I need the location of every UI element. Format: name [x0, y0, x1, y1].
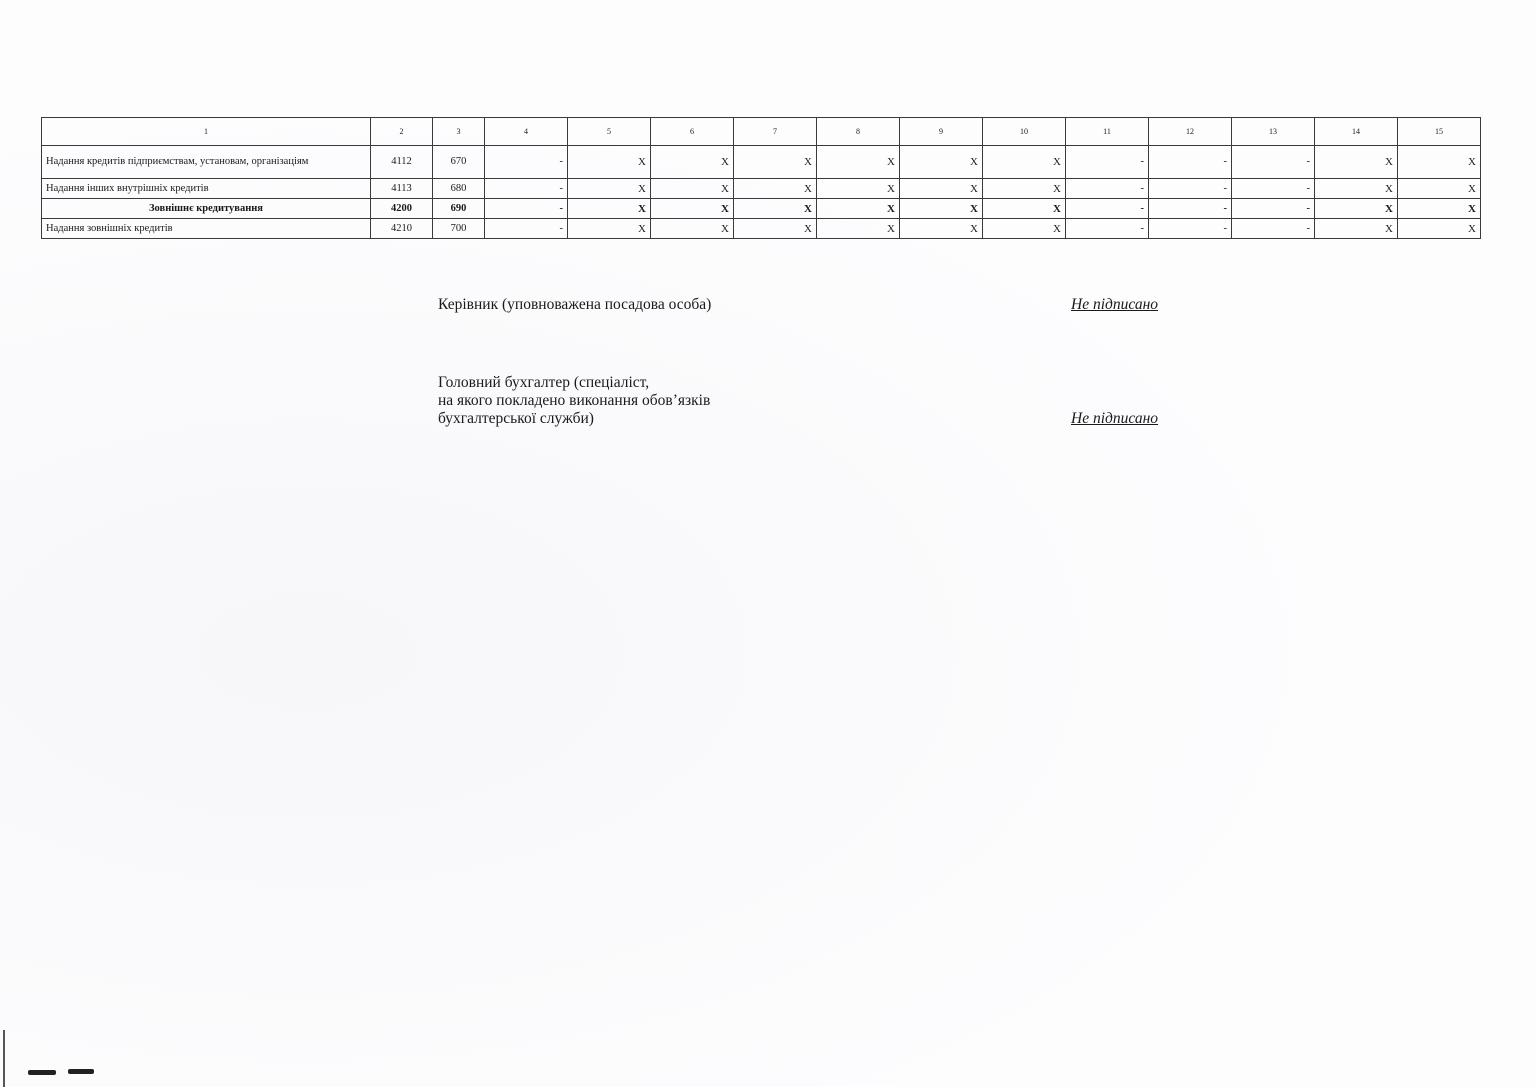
row-value-cell: X: [1398, 179, 1481, 199]
row-code-cell: 4210: [371, 219, 433, 239]
row-value-cell: X: [1315, 146, 1398, 179]
column-number-cell: 10: [983, 118, 1066, 146]
row-value-cell: X: [734, 219, 817, 239]
row-value-cell: -: [1232, 199, 1315, 219]
row-value-cell: -: [1149, 199, 1232, 219]
table-row: Надання кредитів підприємствам, установа…: [42, 146, 1481, 179]
row-value-cell: -: [1232, 179, 1315, 199]
row-value-cell: X: [651, 199, 734, 219]
row-line-cell: 690: [433, 199, 485, 219]
row-value-cell: X: [983, 219, 1066, 239]
column-number-cell: 15: [1398, 118, 1481, 146]
column-number-cell: 13: [1232, 118, 1315, 146]
scan-edge-line: [3, 1030, 5, 1087]
column-number-cell: 5: [568, 118, 651, 146]
row-value-cell: X: [651, 146, 734, 179]
credit-report-table: 123456789101112131415 Надання кредитів п…: [41, 117, 1481, 239]
row-value-cell: X: [568, 199, 651, 219]
table-row: Надання інших внутрішніх кредитів4113680…: [42, 179, 1481, 199]
column-number-cell: 8: [817, 118, 900, 146]
row-value-cell: X: [734, 199, 817, 219]
scan-mark: [28, 1070, 56, 1075]
row-value-cell: -: [1066, 179, 1149, 199]
row-line-cell: 700: [433, 219, 485, 239]
row-value-cell: X: [983, 179, 1066, 199]
row-value-cell: -: [1232, 146, 1315, 179]
column-number-cell: 7: [734, 118, 817, 146]
scan-mark: [68, 1069, 94, 1074]
row-line-cell: 680: [433, 179, 485, 199]
row-code-cell: 4200: [371, 199, 433, 219]
row-value-cell: X: [568, 179, 651, 199]
column-number-cell: 1: [42, 118, 371, 146]
row-value-cell: -: [1149, 179, 1232, 199]
head-signature-label: Керівник (уповноважена посадова особа): [438, 296, 711, 314]
column-number-row: 123456789101112131415: [42, 118, 1481, 146]
row-value-cell: X: [651, 179, 734, 199]
accountant-label-line: на якого покладено виконання обов’язків: [438, 392, 710, 410]
row-value-cell: -: [1232, 219, 1315, 239]
row-value-cell: -: [1066, 146, 1149, 179]
row-value-cell: X: [900, 219, 983, 239]
accountant-signature-status: Не підписано: [1071, 410, 1158, 428]
row-name-cell: Зовнішнє кредитування: [42, 199, 371, 219]
row-code-cell: 4113: [371, 179, 433, 199]
row-value-cell: X: [1315, 179, 1398, 199]
row-name-cell: Надання інших внутрішніх кредитів: [42, 179, 371, 199]
row-value-cell: X: [568, 146, 651, 179]
table-row: Надання зовнішніх кредитів4210700-XXXXXX…: [42, 219, 1481, 239]
row-value-cell: X: [568, 219, 651, 239]
table-row: Зовнішнє кредитування4200690-XXXXXX---XX: [42, 199, 1481, 219]
head-signature-status: Не підписано: [1071, 296, 1158, 314]
row-value-cell: -: [1066, 199, 1149, 219]
column-number-cell: 2: [371, 118, 433, 146]
row-value-cell: -: [485, 179, 568, 199]
row-name-cell: Надання кредитів підприємствам, установа…: [42, 146, 371, 179]
row-value-cell: X: [983, 146, 1066, 179]
row-value-cell: X: [1398, 219, 1481, 239]
accountant-label-line: Головний бухгалтер (спеціаліст,: [438, 374, 710, 392]
column-number-cell: 14: [1315, 118, 1398, 146]
row-value-cell: -: [485, 199, 568, 219]
row-code-cell: 4112: [371, 146, 433, 179]
row-value-cell: X: [817, 179, 900, 199]
row-value-cell: X: [900, 199, 983, 219]
row-value-cell: X: [734, 146, 817, 179]
column-number-cell: 11: [1066, 118, 1149, 146]
column-number-cell: 12: [1149, 118, 1232, 146]
row-value-cell: -: [1066, 219, 1149, 239]
row-value-cell: X: [1398, 146, 1481, 179]
column-number-cell: 9: [900, 118, 983, 146]
row-value-cell: X: [817, 219, 900, 239]
column-number-cell: 6: [651, 118, 734, 146]
column-number-cell: 3: [433, 118, 485, 146]
row-value-cell: X: [1315, 219, 1398, 239]
row-value-cell: X: [1398, 199, 1481, 219]
accountant-signature-label: Головний бухгалтер (спеціаліст, на якого…: [438, 374, 710, 428]
row-value-cell: X: [651, 219, 734, 239]
row-line-cell: 670: [433, 146, 485, 179]
row-value-cell: X: [983, 199, 1066, 219]
row-value-cell: X: [900, 146, 983, 179]
row-value-cell: X: [817, 199, 900, 219]
row-value-cell: X: [734, 179, 817, 199]
row-value-cell: -: [1149, 146, 1232, 179]
accountant-label-line: бухгалтерської служби): [438, 410, 710, 428]
row-name-cell: Надання зовнішніх кредитів: [42, 219, 371, 239]
row-value-cell: X: [1315, 199, 1398, 219]
column-number-cell: 4: [485, 118, 568, 146]
row-value-cell: -: [485, 146, 568, 179]
row-value-cell: X: [817, 146, 900, 179]
row-value-cell: -: [485, 219, 568, 239]
row-value-cell: X: [900, 179, 983, 199]
row-value-cell: -: [1149, 219, 1232, 239]
